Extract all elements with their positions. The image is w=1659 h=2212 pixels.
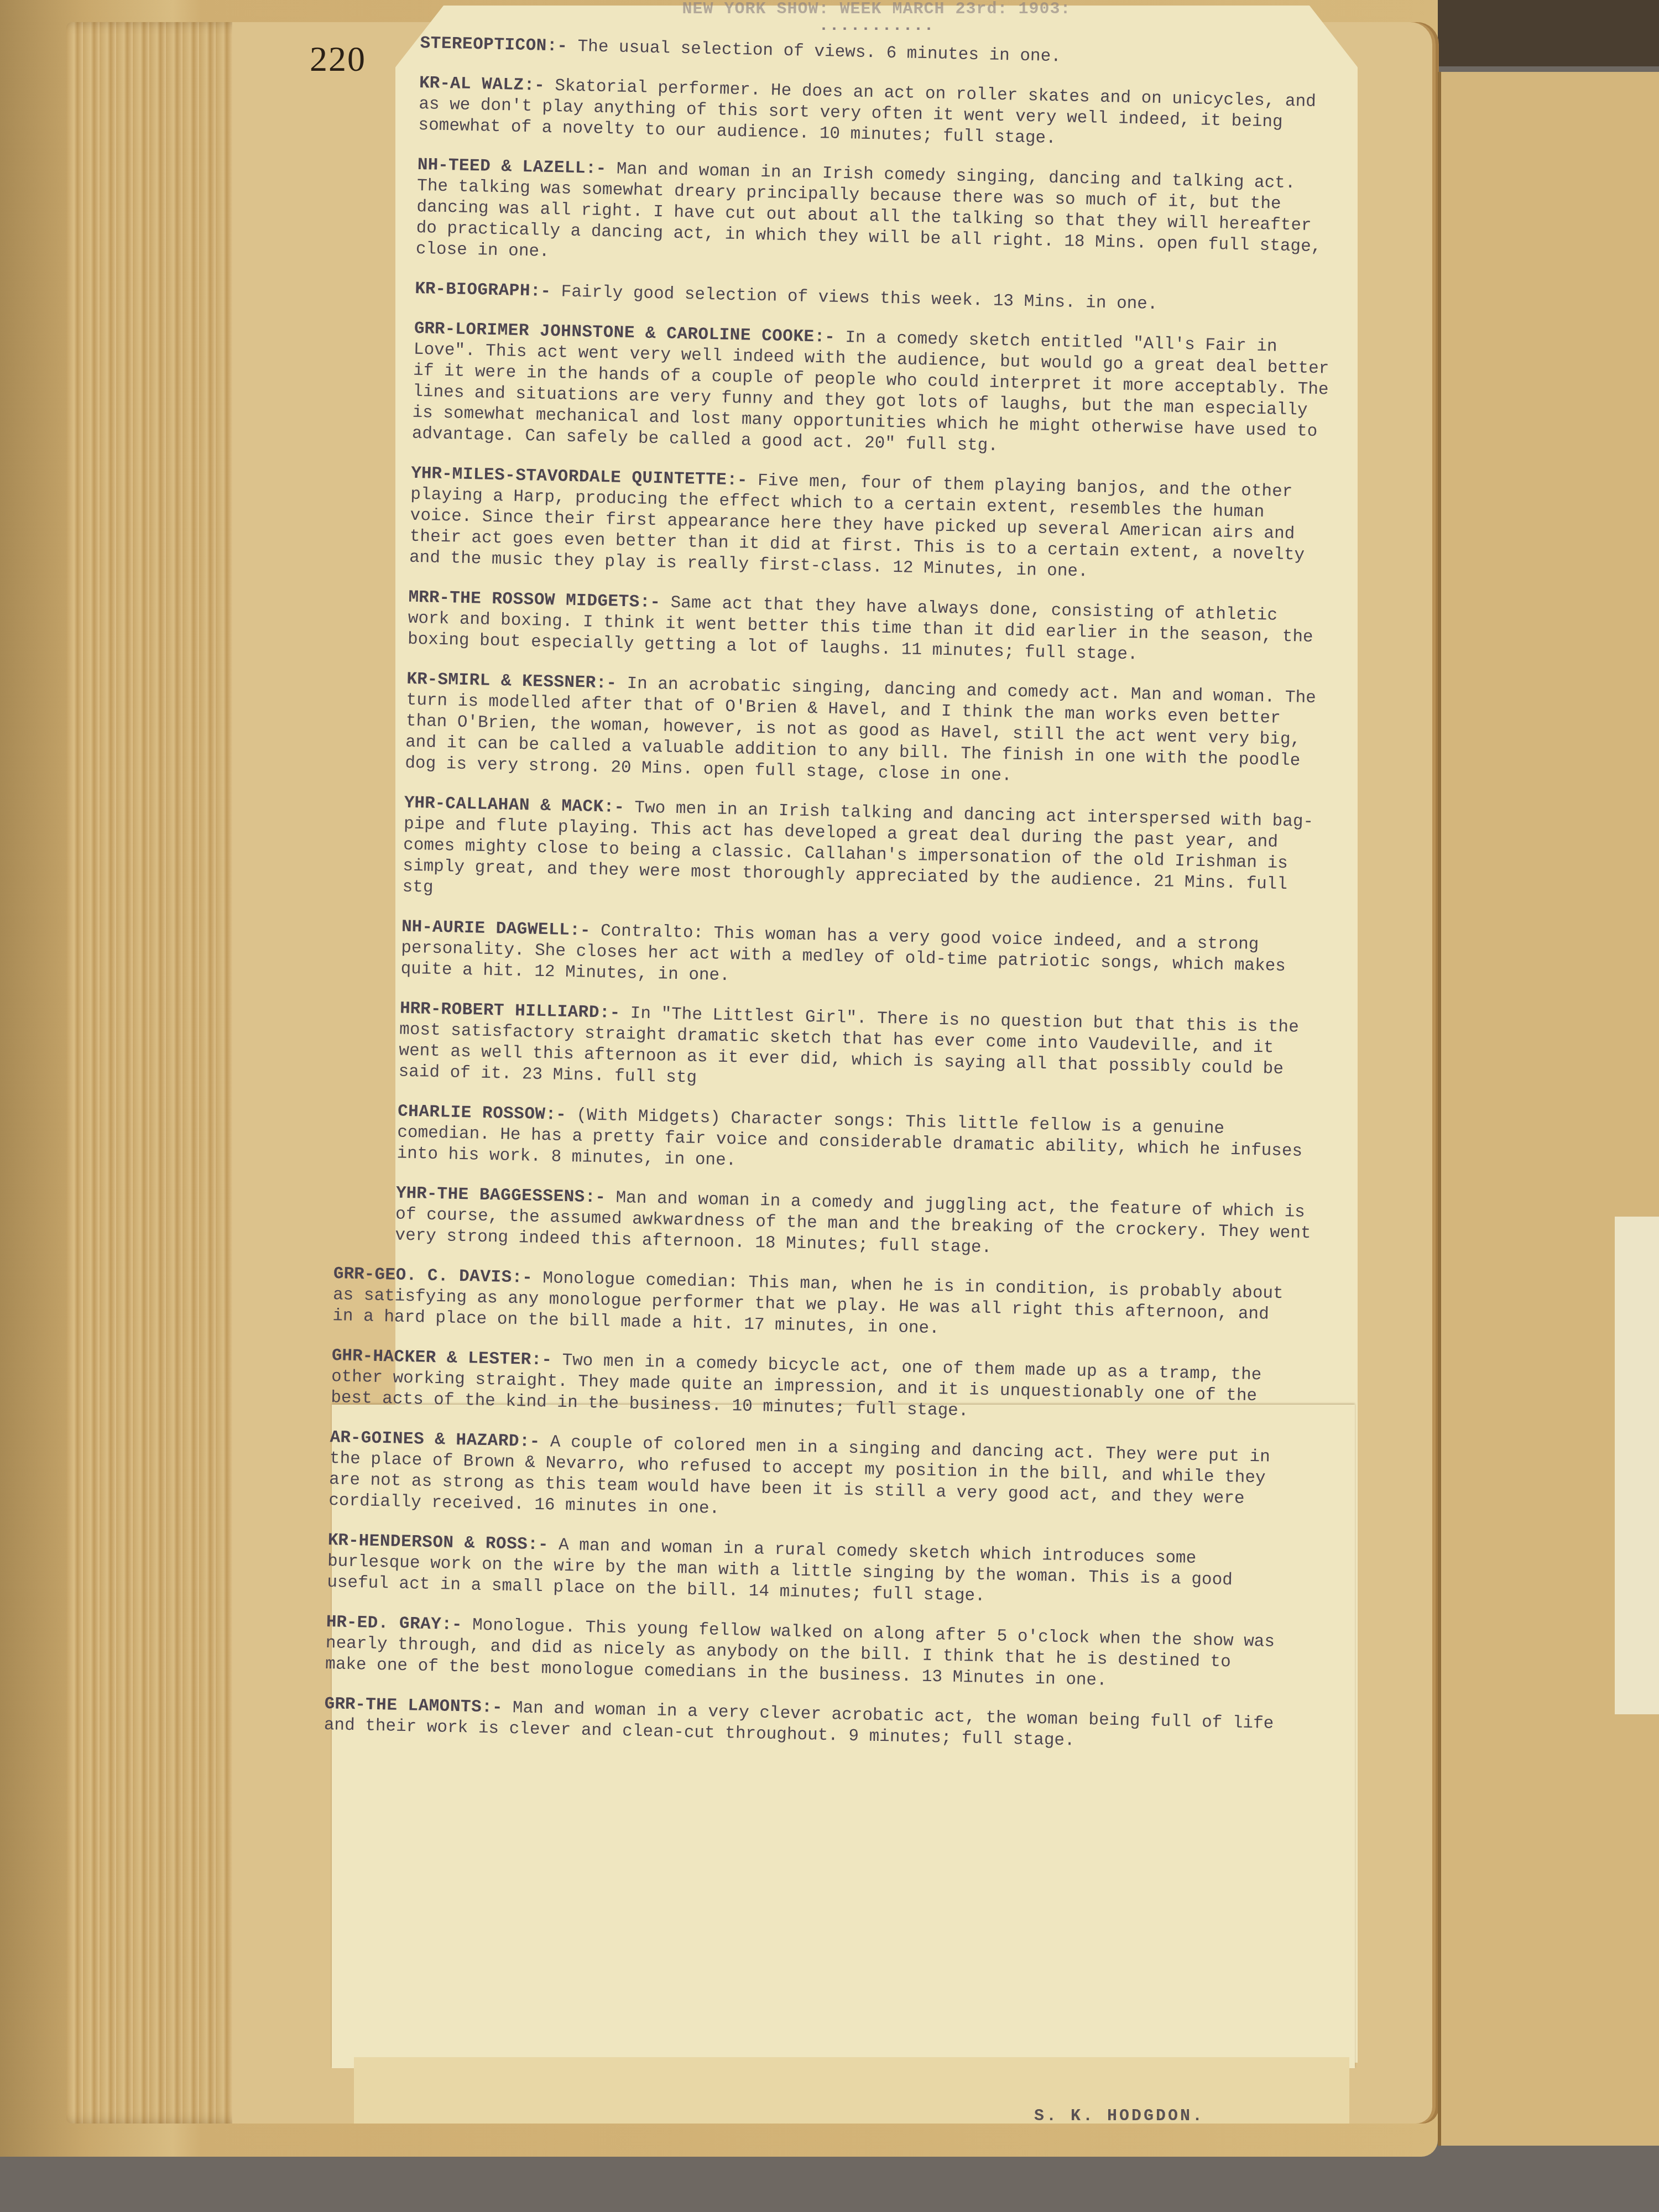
act-name: HENDERSON & ROSS: [358, 1531, 528, 1554]
separator: :-: [727, 471, 758, 491]
act-entry: YHR-MILES-STAVORDALE QUINTETTE:- Five me…: [409, 463, 1329, 588]
act-entry: MRR-THE ROSSOW MIDGETS:- Same act that t…: [408, 587, 1327, 670]
signature: S. K. HODGDON.: [1034, 2107, 1204, 2126]
act-entry: KR-BIOGRAPH:- Fairly good selection of v…: [415, 279, 1333, 319]
act-name: GOINES & HAZARD: [361, 1428, 519, 1451]
act-review: In a comedy sketch entitled "All's Fair …: [411, 328, 1329, 456]
theater-code: YHR-: [396, 1184, 437, 1204]
act-entry: KR-HENDERSON & ROSS:- A man and woman in…: [327, 1530, 1279, 1613]
act-entry: GHR-HACKER & LESTER:- Two men in a comed…: [331, 1345, 1283, 1428]
separator: :-: [639, 593, 671, 613]
theater-code: YHR-: [404, 794, 445, 814]
act-name: AURIE DAGWELL: [432, 918, 570, 940]
act-entry: GRR-GEO. C. DAVIS:- Monologue comedian: …: [332, 1264, 1285, 1347]
page-number: 220: [310, 39, 366, 80]
act-name: THE BAGGESSENS: [437, 1185, 585, 1207]
act-name: THE LAMONTS: [366, 1695, 482, 1717]
act-name: GEO. C. DAVIS: [374, 1265, 512, 1287]
separator: :-: [519, 1432, 551, 1452]
act-entry: HR-ED. GRAY:- Monologue. This young fell…: [325, 1612, 1277, 1695]
separator: :-: [531, 1350, 562, 1370]
theater-code: GRR-: [333, 1264, 375, 1285]
theater-code: NH-: [418, 155, 449, 175]
theater-code: MRR-: [408, 588, 450, 608]
act-name: STEREOPTICON: [420, 34, 547, 56]
facing-page: [1438, 72, 1659, 2146]
theater-code: KR-: [415, 279, 446, 299]
report-body: STEREOPTICON:- The usual selection of vi…: [384, 33, 1338, 1775]
act-entry: NH-TEED & LAZELL:- Man and woman in an I…: [415, 155, 1335, 279]
theater-code: KR-: [328, 1531, 359, 1551]
act-name: HACKER & LESTER: [373, 1347, 531, 1370]
act-review: Five men, four of them playing banjos, a…: [409, 471, 1305, 582]
theater-code: GRR-: [324, 1694, 366, 1715]
act-entry: HRR-ROBERT HILLIARD:- In "The Littlest G…: [398, 999, 1318, 1102]
theater-code: HRR-: [400, 999, 441, 1020]
theater-code: KR-: [406, 670, 438, 690]
act-name: ED. GRAY: [357, 1613, 442, 1634]
separator: :-: [545, 1105, 577, 1125]
separator: :-: [596, 674, 627, 693]
separator: :-: [814, 327, 846, 347]
act-entry: KR-AL WALZ:- Skatorial performer. He doe…: [418, 73, 1337, 155]
separator: :-: [524, 76, 555, 96]
separator: :-: [528, 1535, 559, 1555]
act-entry: AR-GOINES & HAZARD:- A couple of colored…: [328, 1427, 1281, 1531]
act-entry: CHARLIE ROSSOW:- (With Midgets) Characte…: [397, 1102, 1316, 1184]
separator: :-: [512, 1268, 543, 1288]
act-entry: NH-AURIE DAGWELL:- Contralto: This woman…: [400, 917, 1319, 999]
theater-code: KR-: [419, 74, 451, 93]
separator: :-: [482, 1698, 513, 1718]
act-name: BIOGRAPH: [446, 280, 531, 301]
report-title: NEW YORK SHOW: WEEK MARCH 23rd: 1903:: [395, 0, 1358, 19]
separator: :-: [530, 281, 562, 301]
separator: :-: [603, 797, 635, 817]
theater-code: GRR-: [414, 319, 455, 340]
separator: :-: [586, 159, 617, 179]
act-name: SMIRL & KESSNER: [437, 670, 596, 693]
theater-code: HR-: [326, 1613, 357, 1632]
paper-slip: [1615, 1217, 1659, 1714]
act-entry: YHR-THE BAGGESSENS:- Man and woman in a …: [395, 1183, 1314, 1266]
act-name: CHARLIE ROSSOW: [398, 1102, 546, 1125]
theater-code: GHR-: [332, 1346, 373, 1366]
report-header: NEW YORK SHOW: WEEK MARCH 23rd: 1903: ..…: [395, 0, 1358, 35]
act-entry: GRR-LORIMER JOHNSTONE & CAROLINE COOKE:-…: [411, 319, 1332, 464]
act-name: AL WALZ: [450, 74, 524, 95]
header-rule: ...........: [395, 17, 1358, 35]
act-name: THE ROSSOW MIDGETS: [450, 588, 640, 612]
separator: :-: [585, 1188, 616, 1208]
theater-code: AR-: [330, 1428, 361, 1448]
act-name: CALLAHAN & MACK: [445, 794, 604, 817]
theater-code: NH-: [401, 917, 433, 937]
act-entry: KR-SMIRL & KESSNER:- In an acrobatic sin…: [405, 669, 1325, 794]
separator: :-: [441, 1615, 473, 1635]
separator: :-: [570, 921, 601, 941]
act-entry: YHR-CALLAHAN & MACK:- Two men in an Iris…: [402, 793, 1322, 917]
act-review: Fairly good selection of views this week…: [561, 282, 1157, 314]
act-entry: GRR-THE LAMONTS:- Man and woman in a ver…: [324, 1694, 1275, 1756]
theater-code: YHR-: [411, 464, 452, 484]
act-name: TEED & LAZELL: [448, 156, 586, 178]
separator: :-: [546, 36, 578, 56]
separator: :-: [599, 1003, 631, 1023]
act-name: ROBERT HILLIARD: [441, 1000, 599, 1022]
